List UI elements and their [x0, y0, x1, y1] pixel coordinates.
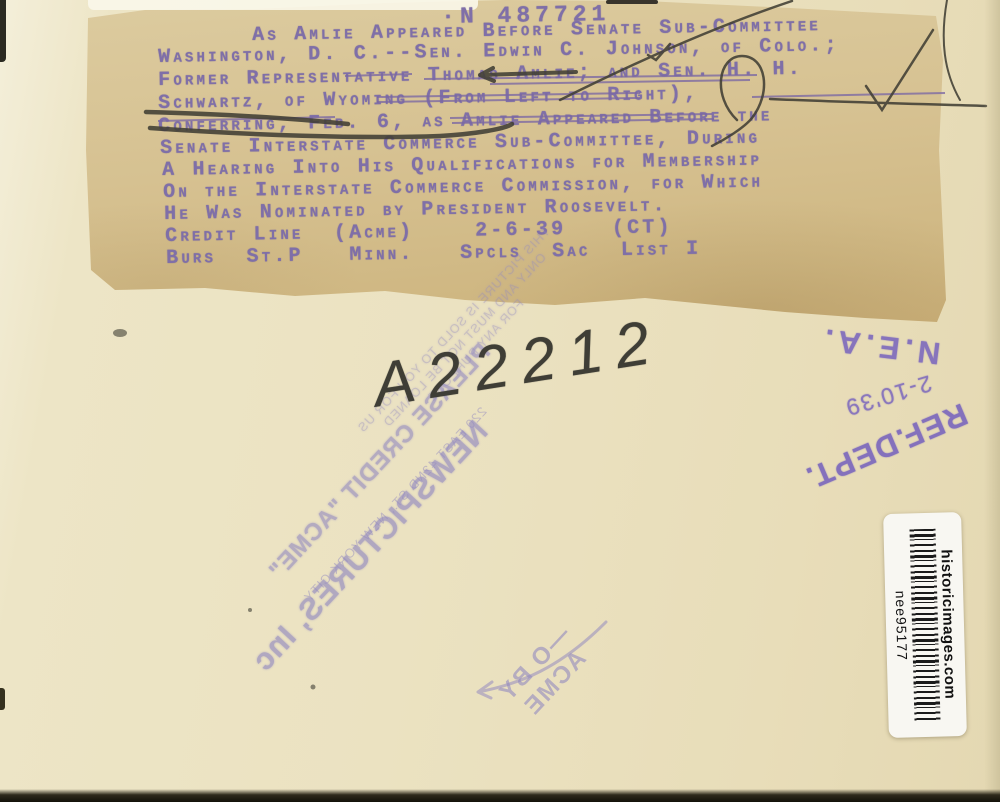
barcode	[909, 529, 940, 722]
photo-paper-edge-highlight	[88, 0, 478, 10]
barcode-sticker: nee95177 historicimages.com	[883, 512, 967, 738]
sticker-site-name: historicimages.com	[938, 549, 959, 699]
acme-stamp-footer: —O BY ACME	[467, 593, 624, 756]
photo-verso: ·N 487721 As Amlie Appeared Before Senat…	[0, 0, 1000, 802]
sticker-inventory-code: nee95177	[893, 590, 911, 661]
scan-edge-mark	[606, 0, 658, 4]
ref-dept-stamp-agency: N.E.A.	[779, 316, 982, 376]
scan-edge-shadow	[984, 0, 1000, 802]
scan-edge-mark	[0, 688, 5, 710]
handwritten-catalog-number: A22212	[368, 306, 667, 422]
scan-edge-bottom	[0, 789, 1000, 802]
scan-edge-corner	[0, 0, 6, 62]
